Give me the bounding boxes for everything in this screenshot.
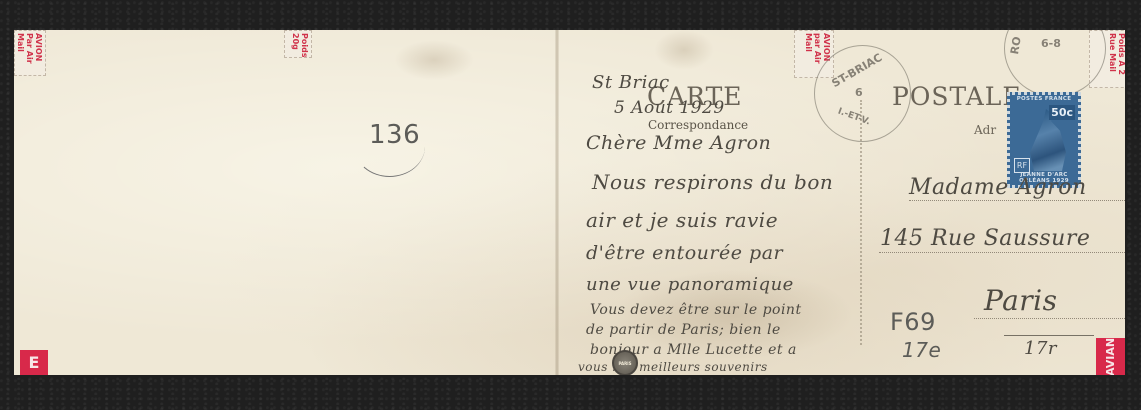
red-label-bottom-left: E: [20, 350, 48, 375]
address-street: 145 Rue Saussure: [880, 226, 1090, 251]
message-line: une vue panoramique: [586, 274, 794, 295]
address-line-1: [909, 200, 1125, 201]
message-line: d'être entourée par: [586, 242, 783, 264]
stamp-value: 50c: [1049, 105, 1075, 120]
message-line: air et je suis ravie: [586, 208, 778, 232]
stain: [394, 40, 474, 80]
red-label-bottom-right: AVIAN: [1096, 338, 1125, 375]
message-line: Chère Mme Agron: [586, 132, 771, 154]
pencil-note: 17e: [902, 338, 941, 362]
message-line: de partir de Paris; bien le: [586, 322, 781, 338]
address-line-2: [879, 252, 1125, 253]
message-line: Nous respirons du bon: [592, 170, 833, 194]
message-place: St Briac: [592, 72, 670, 93]
stain: [654, 30, 714, 70]
address-name: Madame Agron: [909, 175, 1087, 200]
title-postale: POSTALE: [892, 82, 1022, 111]
address-label: Adr: [974, 123, 996, 137]
correspondance-label: Correspondance: [648, 118, 748, 132]
message-line: Vous devez être sur le point: [590, 302, 802, 318]
rf-monogram: RF: [1014, 158, 1030, 173]
postmark-left: ST-BRIAC 6 I.-ET-V.: [814, 45, 911, 142]
pencil-note: F69: [890, 308, 936, 336]
message-date: 5 Aout 1929: [614, 98, 725, 118]
paris-seal: PARIS: [612, 350, 638, 375]
message-line: vous nos meilleurs souvenirs: [578, 360, 768, 374]
address-city: Paris: [984, 284, 1057, 317]
address-line-3: [974, 318, 1125, 319]
postage-stamp: POSTES FRANCE 50c RF JEANNE D'ARC ORLÉAN…: [1007, 92, 1081, 188]
pencil-number: 136: [369, 120, 420, 150]
airmail-tab-top-left: AVION Par Air Mail: [14, 30, 46, 76]
postcard: 136 AVION Par Air Mail Poids 20g E AVION…: [14, 30, 1125, 375]
address-district: 17r: [1024, 338, 1057, 359]
fold-line: [555, 30, 559, 375]
address-line-4: [1004, 335, 1094, 336]
airmail-tab-top-center-left: Poids 20g: [284, 30, 312, 58]
